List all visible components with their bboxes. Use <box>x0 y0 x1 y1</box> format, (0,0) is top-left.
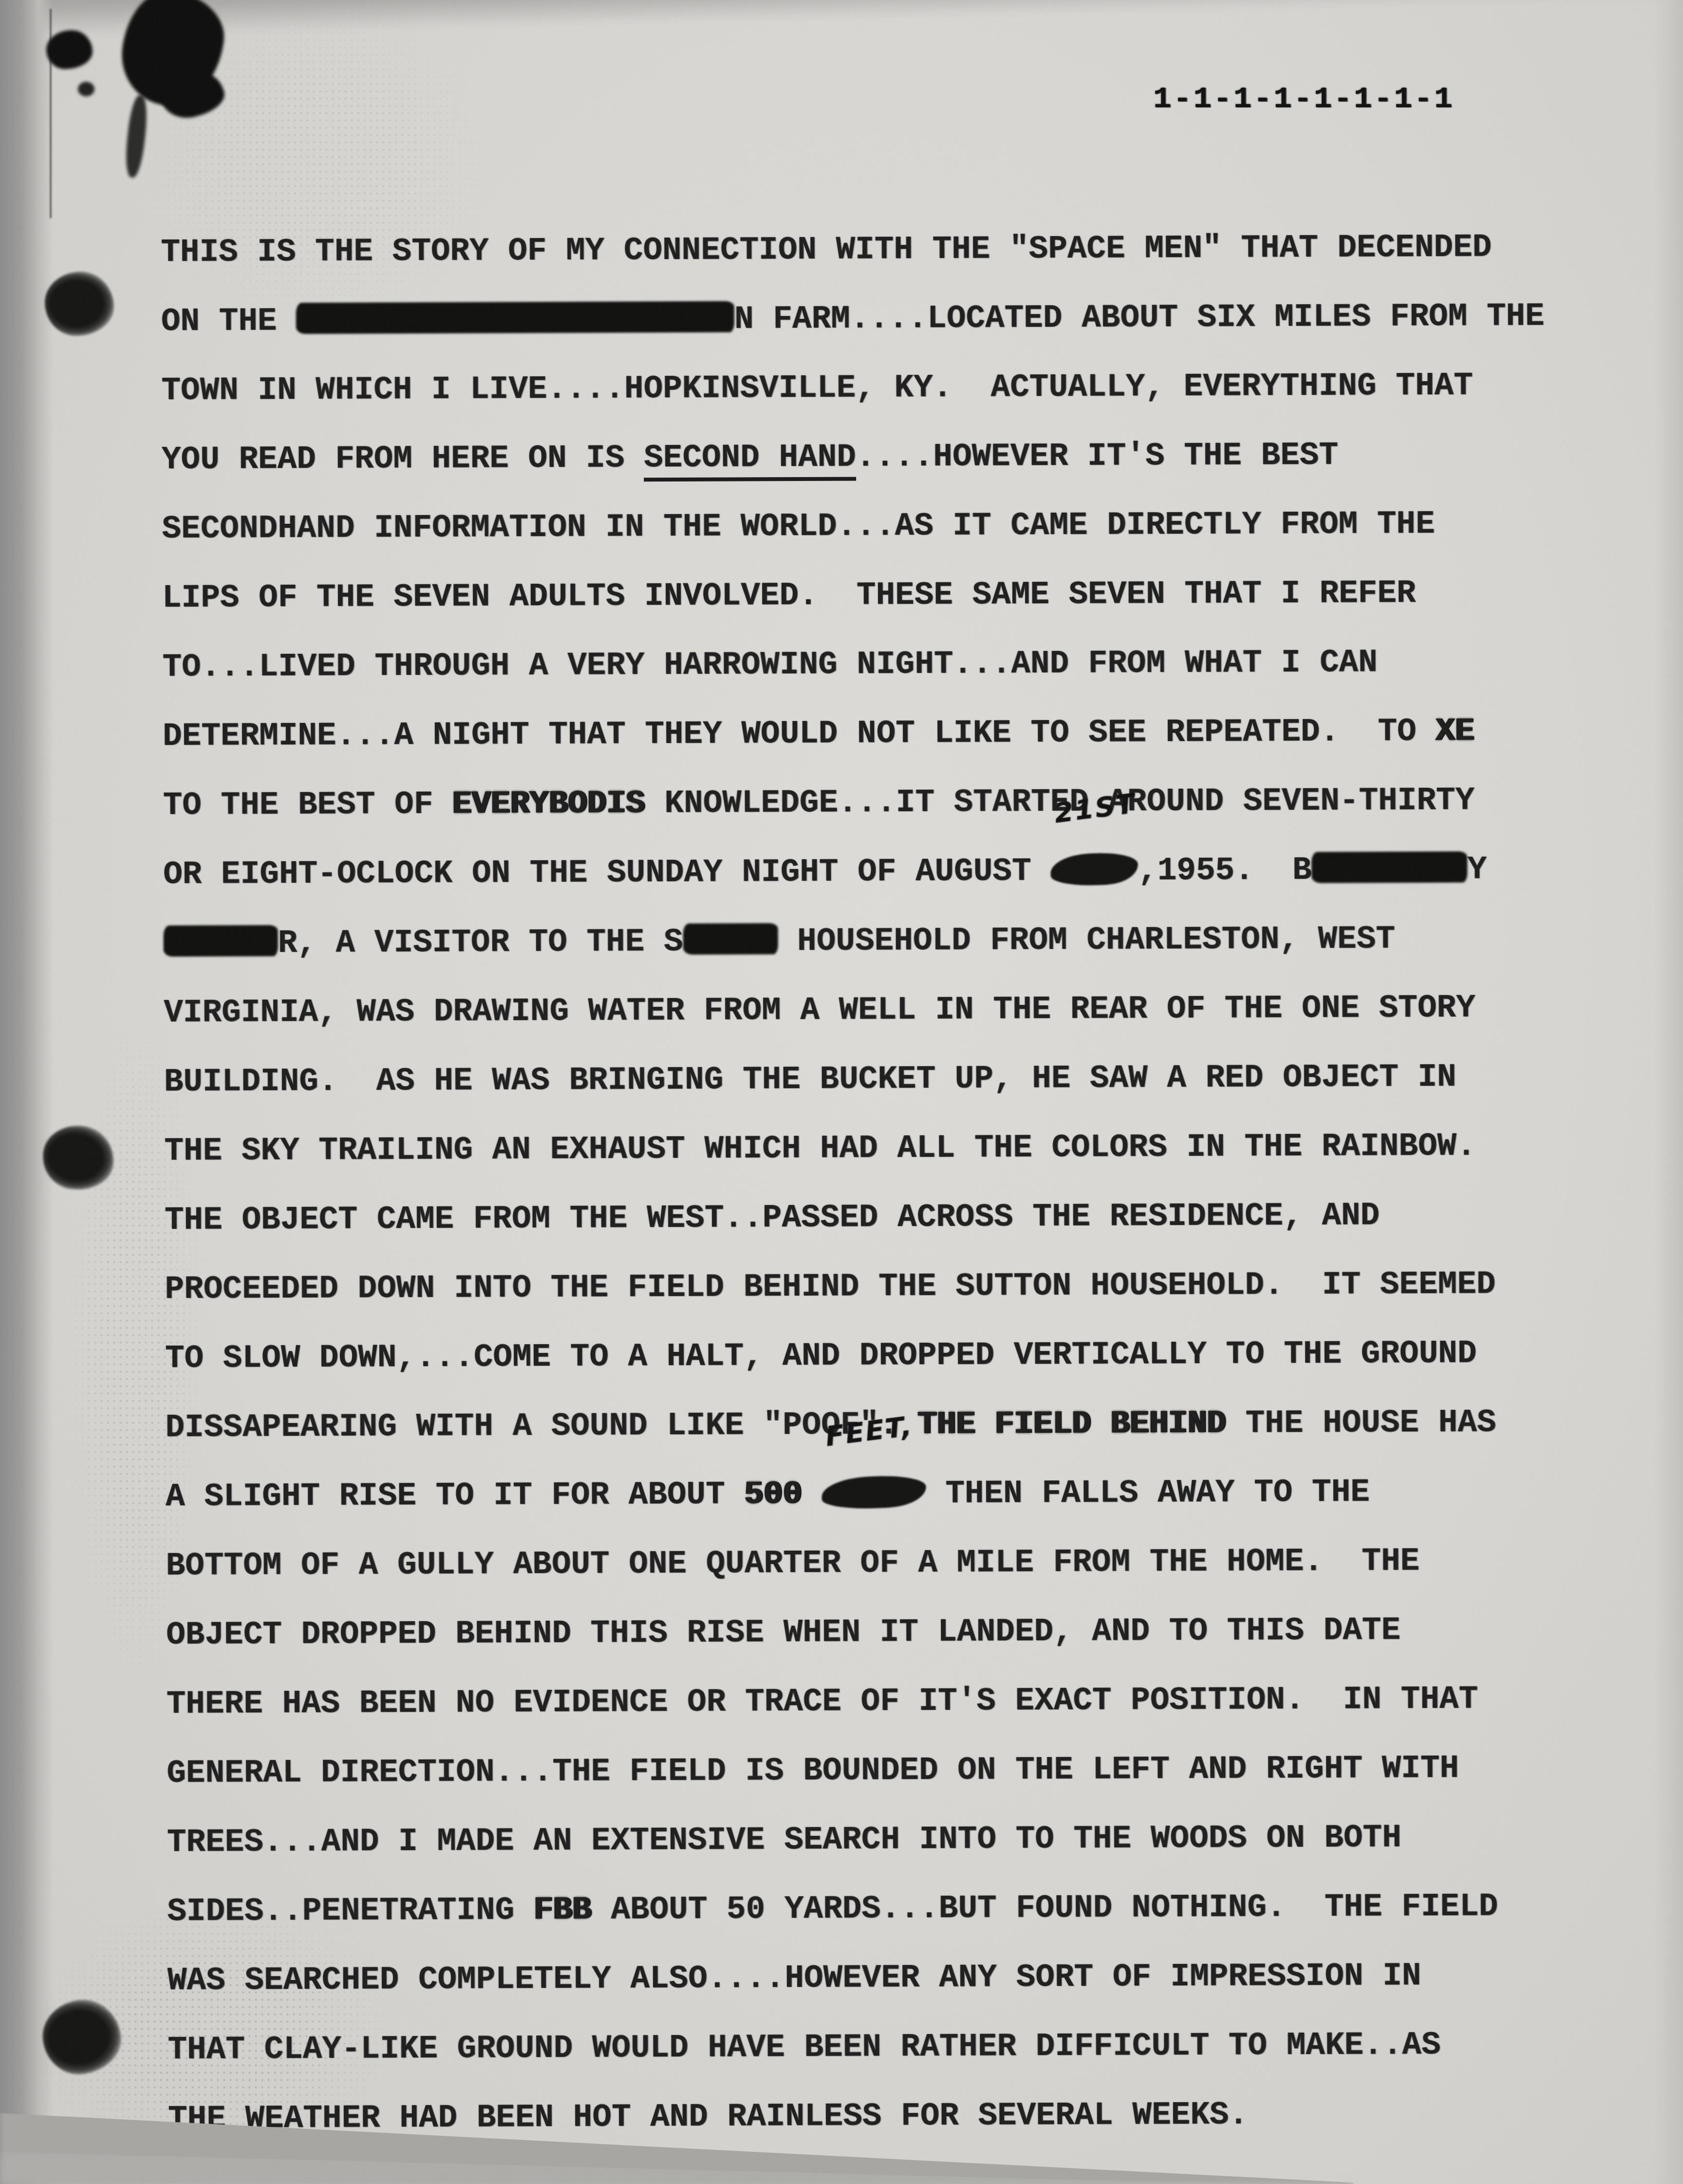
typed-line: R, A VISITOR TO THE S HOUSEHOLD FROM CHA… <box>163 904 1605 979</box>
typed-line: THERE HAS BEEN NO EVIDENCE OR TRACE OF I… <box>166 1665 1608 1739</box>
typed-text: DISSAPEARING WITH A SOUND LIKE "POOF". <box>165 1407 917 1446</box>
typed-text: N FARM....LOCATED ABOUT SIX MILES FROM T… <box>734 298 1545 337</box>
typed-line: BUILDING. AS HE WAS BRINGING THE BUCKET … <box>164 1042 1606 1117</box>
typed-line: THIS IS THE STORY OF MY CONNECTION WITH … <box>161 213 1603 287</box>
typed-text: OBJECT DROPPED BEHIND THIS RISE WHEN IT … <box>166 1612 1401 1653</box>
typed-text: THEN FALLS AWAY TO THE <box>926 1474 1370 1512</box>
typed-text: PROCEEDED DOWN INTO THE FIELD BEHIND THE… <box>165 1266 1496 1307</box>
typed-text: WAS SEARCHED COMPLETELY ALSO....HOWEVER … <box>168 1958 1421 1999</box>
typed-text: SECONDHAND INFORMATION IN THE WORLD...AS… <box>162 506 1435 547</box>
typed-line: TO THE BEST OF EVERYBODIS KNOWLEDGE...IT… <box>163 766 1605 840</box>
pen-correction: 21ST <box>1050 836 1139 906</box>
typed-line: THE OBJECT CAME FROM THE WEST..PASSED AC… <box>165 1181 1607 1255</box>
typed-line: BOTTOM OF A GULLY ABOUT ONE QUARTER OF A… <box>166 1526 1608 1601</box>
scanner-shadow-bottom <box>0 2152 1683 2184</box>
typed-line: TOWN IN WHICH I LIVE....HOPKINSVILLE, KY… <box>161 351 1603 426</box>
paper-crease-mark <box>50 9 52 218</box>
redaction-mark <box>683 923 778 955</box>
typed-text <box>802 1476 822 1513</box>
typed-line: A SLIGHT RISE TO IT FOR ABOUT 500 FEET, … <box>166 1457 1608 1532</box>
overtyped-text: XE <box>1436 713 1475 750</box>
typed-line: OBJECT DROPPED BEHIND THIS RISE WHEN IT … <box>166 1595 1608 1670</box>
overtyped-text: EVERYBODIS <box>452 785 645 823</box>
page-edge-shadow-right <box>1654 0 1683 2184</box>
typed-text: THE OBJECT CAME FROM THE WEST..PASSED AC… <box>165 1197 1380 1239</box>
typed-text: THERE HAS BEEN NO EVIDENCE OR TRACE OF I… <box>167 1681 1478 1722</box>
typed-line: THE WEATHER HAD BEEN HOT AND RAINLESS FO… <box>168 2079 1610 2154</box>
typed-line: SIDES..PENETRATING FBB ABOUT 50 YARDS...… <box>167 1872 1609 1946</box>
typed-text: R, A VISITOR TO THE S <box>278 924 683 962</box>
typed-line: LIPS OF THE SEVEN ADULTS INVOLVED. THESE… <box>162 558 1604 633</box>
typed-line: TO...LIVED THROUGH A VERY HARROWING NIGH… <box>162 628 1604 702</box>
typed-text: THIS IS THE STORY OF MY CONNECTION WITH … <box>161 229 1492 271</box>
typed-text: THE SKY TRAILING AN EXHAUST WHICH HAD AL… <box>164 1128 1476 1169</box>
pen-scribble <box>1049 851 1139 888</box>
typed-text: OR EIGHT-OCLOCK ON THE SUNDAY NIGHT OF A… <box>163 853 1050 893</box>
typed-line: WAS SEARCHED COMPLETELY ALSO....HOWEVER … <box>168 1941 1609 2016</box>
ink-stain <box>78 82 94 96</box>
page-edge-shadow-left <box>0 0 54 2184</box>
typed-line: GENERAL DIRECTION...THE FIELD IS BOUNDED… <box>167 1734 1608 1808</box>
typed-text: ,1955. B <box>1138 852 1312 889</box>
typed-line: THAT CLAY-LIKE GROUND WOULD HAVE BEEN RA… <box>168 2010 1609 2085</box>
redaction-mark <box>1311 851 1467 883</box>
ink-stain <box>116 0 229 111</box>
typed-text: VIRGINIA, WAS DRAWING WATER FROM A WELL … <box>164 990 1476 1031</box>
typed-text: Y <box>1467 851 1487 888</box>
typed-text: TO...LIVED THROUGH A VERY HARROWING NIGH… <box>162 644 1377 685</box>
ink-stain <box>123 94 150 179</box>
typed-text: ON THE <box>161 303 297 340</box>
pen-correction: FEET, <box>821 1460 926 1529</box>
typed-text: LIPS OF THE SEVEN ADULTS INVOLVED. THESE… <box>162 575 1416 616</box>
typed-line: TREES...AND I MADE AN EXTENSIVE SEARCH I… <box>167 1803 1609 1877</box>
typed-text: TREES...AND I MADE AN EXTENSIVE SEARCH I… <box>167 1819 1402 1861</box>
typed-text-block: THIS IS THE STORY OF MY CONNECTION WITH … <box>161 213 1609 2154</box>
typed-text: DETERMINE...A NIGHT THAT THEY WOULD NOT … <box>163 713 1436 755</box>
typed-line: THE SKY TRAILING AN EXHAUST WHICH HAD AL… <box>164 1111 1606 1186</box>
typed-line: YOU READ FROM HERE ON IS SECOND HAND....… <box>162 420 1604 495</box>
typed-text: ABOUT 50 YARDS...BUT FOUND NOTHING. THE … <box>592 1888 1498 1928</box>
pen-scribble <box>821 1473 927 1511</box>
typed-line: ON THE N FARM....LOCATED ABOUT SIX MILES… <box>161 282 1603 356</box>
typed-line: TO SLOW DOWN,...COME TO A HALT, AND DROP… <box>165 1319 1607 1393</box>
page-number: 1-1-1-1-1-1-1-1 <box>1153 82 1454 116</box>
scanner-shadow-top <box>0 0 1683 39</box>
underlined-text: SECOND HAND <box>644 439 856 482</box>
overtyped-text: 500 <box>744 1476 802 1513</box>
overtyped-text: THE FIELD BEHIND <box>917 1406 1226 1443</box>
typed-text: YOU READ FROM HERE ON IS <box>162 440 644 478</box>
hole-punch-mark <box>39 1121 118 1194</box>
overtyped-text: FBB <box>534 1892 592 1928</box>
typed-text: TO SLOW DOWN,...COME TO A HALT, AND DROP… <box>165 1335 1477 1377</box>
redaction-mark <box>164 925 278 957</box>
typed-text: HOUSEHOLD FROM CHARLESTON, WEST <box>778 921 1395 960</box>
typed-line: DETERMINE...A NIGHT THAT THEY WOULD NOT … <box>163 697 1605 771</box>
hole-punch-mark <box>45 272 114 336</box>
typed-text: SIDES..PENETRATING <box>167 1892 534 1930</box>
typed-text: THE HOUSE HAS <box>1226 1404 1496 1442</box>
typed-text: TO THE BEST OF <box>163 786 452 824</box>
typed-text: THE WEATHER HAD BEEN HOT AND RAINLESS FO… <box>168 2096 1248 2137</box>
redaction-mark <box>296 301 734 333</box>
scanned-document-page: 1-1-1-1-1-1-1-1 THIS IS THE STORY OF MY … <box>0 0 1683 2184</box>
typed-line: PROCEEDED DOWN INTO THE FIELD BEHIND THE… <box>165 1250 1607 1324</box>
ink-stain <box>46 30 93 69</box>
typed-line: VIRGINIA, WAS DRAWING WATER FROM A WELL … <box>164 973 1606 1048</box>
typed-line: OR EIGHT-OCLOCK ON THE SUNDAY NIGHT OF A… <box>163 835 1605 909</box>
typed-text: BOTTOM OF A GULLY ABOUT ONE QUARTER OF A… <box>166 1543 1420 1584</box>
typed-text: ....HOWEVER IT'S THE BEST <box>856 437 1338 476</box>
typed-text: BUILDING. AS HE WAS BRINGING THE BUCKET … <box>164 1059 1457 1100</box>
ink-stain <box>157 67 228 123</box>
hole-punch-mark <box>39 1996 124 2078</box>
typed-text: A SLIGHT RISE TO IT FOR ABOUT <box>166 1476 744 1515</box>
typed-text: TOWN IN WHICH I LIVE....HOPKINSVILLE, KY… <box>161 368 1473 409</box>
typed-line: SECONDHAND INFORMATION IN THE WORLD...AS… <box>162 489 1604 564</box>
typed-text: GENERAL DIRECTION...THE FIELD IS BOUNDED… <box>167 1750 1459 1792</box>
typed-text: THAT CLAY-LIKE GROUND WOULD HAVE BEEN RA… <box>168 2027 1440 2068</box>
